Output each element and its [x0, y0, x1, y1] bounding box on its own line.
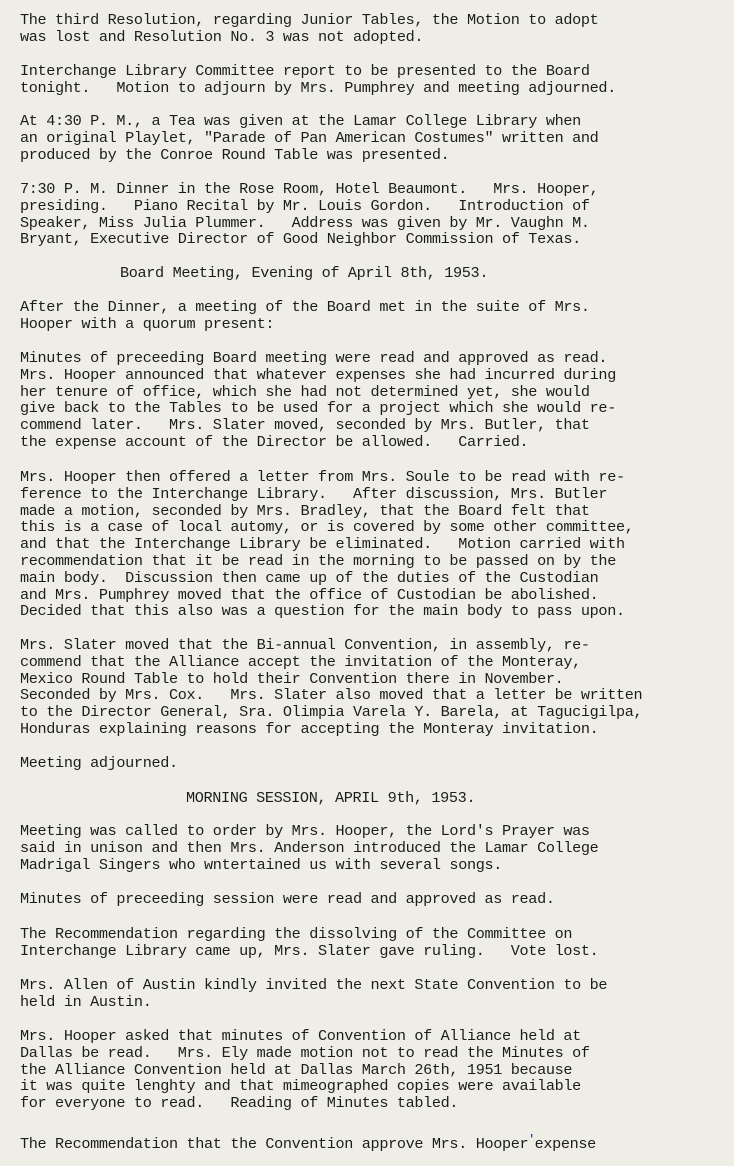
paragraph-minutes-board: Minutes of preceeding Board meeting were…	[20, 350, 616, 451]
paragraph-dissolving: The Recommendation regarding the dissolv…	[20, 926, 598, 960]
heading-morning-session: MORNING SESSION, APRIL 9th, 1953.	[186, 790, 475, 807]
paragraph-junior-tables: The third Resolution, regarding Junior T…	[20, 12, 598, 46]
document-page: The third Resolution, regarding Junior T…	[0, 0, 734, 1166]
paragraph-soule-letter: Mrs. Hooper then offered a letter from M…	[20, 469, 633, 620]
paragraph-meeting-adjourned: Meeting adjourned.	[20, 755, 178, 772]
paragraph-monteray: Mrs. Slater moved that the Bi-annual Con…	[20, 637, 642, 738]
paragraph-austin-invite: Mrs. Allen of Austin kindly invited the …	[20, 977, 607, 1011]
last-line-end: expense	[535, 1135, 596, 1153]
paragraph-minutes-session: Minutes of preceeding session were read …	[20, 891, 555, 908]
paragraph-called-to-order: Meeting was called to order by Mrs. Hoop…	[20, 823, 598, 873]
heading-board-meeting: Board Meeting, Evening of April 8th, 195…	[120, 265, 488, 282]
paragraph-after-dinner: After the Dinner, a meeting of the Board…	[20, 299, 590, 333]
paragraph-expense-recommendation: The Recommendation that the Convention a…	[20, 1132, 596, 1153]
paragraph-interchange-report: Interchange Library Committee report to …	[20, 63, 616, 97]
paragraph-dinner: 7:30 P. M. Dinner in the Rose Room, Hote…	[20, 181, 598, 248]
paragraph-tea: At 4:30 P. M., a Tea was given at the La…	[20, 113, 598, 163]
last-line-text: The Recommendation that the Convention a…	[20, 1135, 528, 1153]
paragraph-dallas-minutes: Mrs. Hooper asked that minutes of Conven…	[20, 1028, 590, 1112]
